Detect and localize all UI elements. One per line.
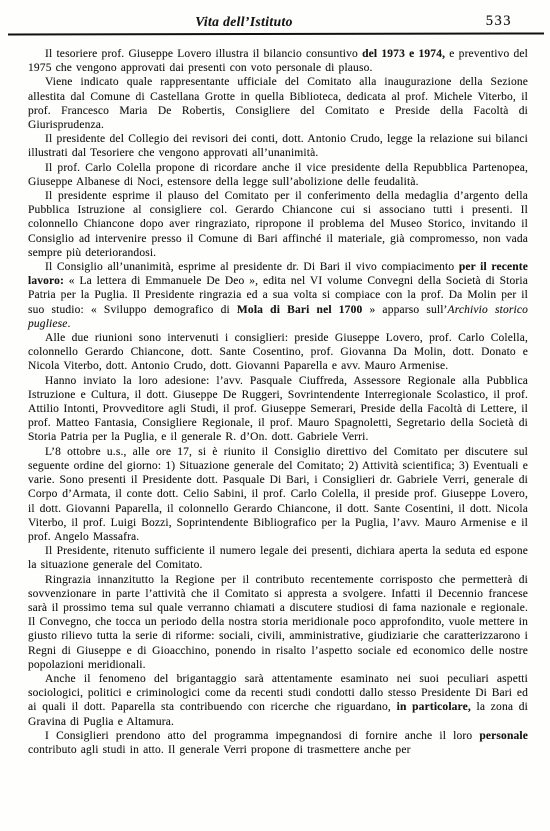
text-run: Mola di Bari xyxy=(237,304,310,316)
text-run: Il tesoriere prof. Giuseppe Lovero illus… xyxy=(45,48,362,60)
text-run: Hanno inviato la loro adesione: l’avv. P… xyxy=(28,375,528,444)
text-run: . xyxy=(68,318,71,330)
text-run: nel 1700 xyxy=(317,304,363,316)
paragraph: Viene indicato quale rappresentante uffi… xyxy=(28,75,528,132)
text-run: personale xyxy=(479,730,528,742)
paragraph: Il presidente del Collegio dei revisori … xyxy=(28,132,528,160)
text-run: » apparso sull’ xyxy=(362,304,447,316)
text-run: Ringrazia innanzitutto la Regione per il… xyxy=(28,574,528,671)
text-run xyxy=(309,304,316,316)
paragraph: Hanno inviato la loro adesione: l’avv. P… xyxy=(28,374,528,445)
paragraph: I Consiglieri prendono atto del programm… xyxy=(28,729,528,757)
page-header: Vita dell’Istituto 533 xyxy=(0,0,550,36)
text-run: contributo agli studi in atto. Il genera… xyxy=(28,744,411,756)
text-run: Alle due riunioni sono intervenuti i con… xyxy=(28,332,528,372)
text-run: Il prof. Carlo Colella propone di ricord… xyxy=(28,162,528,188)
text-run: Il presidente esprime il plauso del Comi… xyxy=(28,190,528,259)
paragraph: Alle due riunioni sono intervenuti i con… xyxy=(28,331,528,374)
paragraph: Il presidente esprime il plauso del Comi… xyxy=(28,189,528,260)
text-run: del 1973 e 1974, xyxy=(362,48,445,60)
paragraph: Il Presidente, ritenuto sufficiente il n… xyxy=(28,544,528,572)
text-run: Il presidente del Collegio dei revisori … xyxy=(28,133,528,159)
paragraph: Il prof. Carlo Colella propone di ricord… xyxy=(28,161,528,189)
text-run: Il Presidente, ritenuto sufficiente il n… xyxy=(28,545,528,571)
text-run: L’8 ottobre u.s., alle ore 17, si è riun… xyxy=(28,446,528,543)
paragraph: Ringrazia innanzitutto la Regione per il… xyxy=(28,573,528,672)
page-body: Il tesoriere prof. Giuseppe Lovero illus… xyxy=(28,47,528,757)
page-number: 533 xyxy=(486,13,512,30)
paragraph: Il tesoriere prof. Giuseppe Lovero illus… xyxy=(28,47,528,75)
text-run: I Consiglieri prendono atto del programm… xyxy=(45,730,479,742)
text-run: in particolare, xyxy=(397,701,471,713)
text-run: Viene indicato quale rappresentante uffi… xyxy=(28,76,528,131)
paragraph: Il Consiglio all’unanimità, esprime al p… xyxy=(28,260,528,331)
text-run: Il Consiglio all’unanimità, esprime al p… xyxy=(45,261,459,273)
paragraph: Anche il fenomeno del brigantaggio sarà … xyxy=(28,672,528,729)
document-page: Vita dell’Istituto 533 Il tesoriere prof… xyxy=(0,0,550,831)
running-title: Vita dell’Istituto xyxy=(0,14,488,30)
paragraph: L’8 ottobre u.s., alle ore 17, si è riun… xyxy=(28,445,528,544)
